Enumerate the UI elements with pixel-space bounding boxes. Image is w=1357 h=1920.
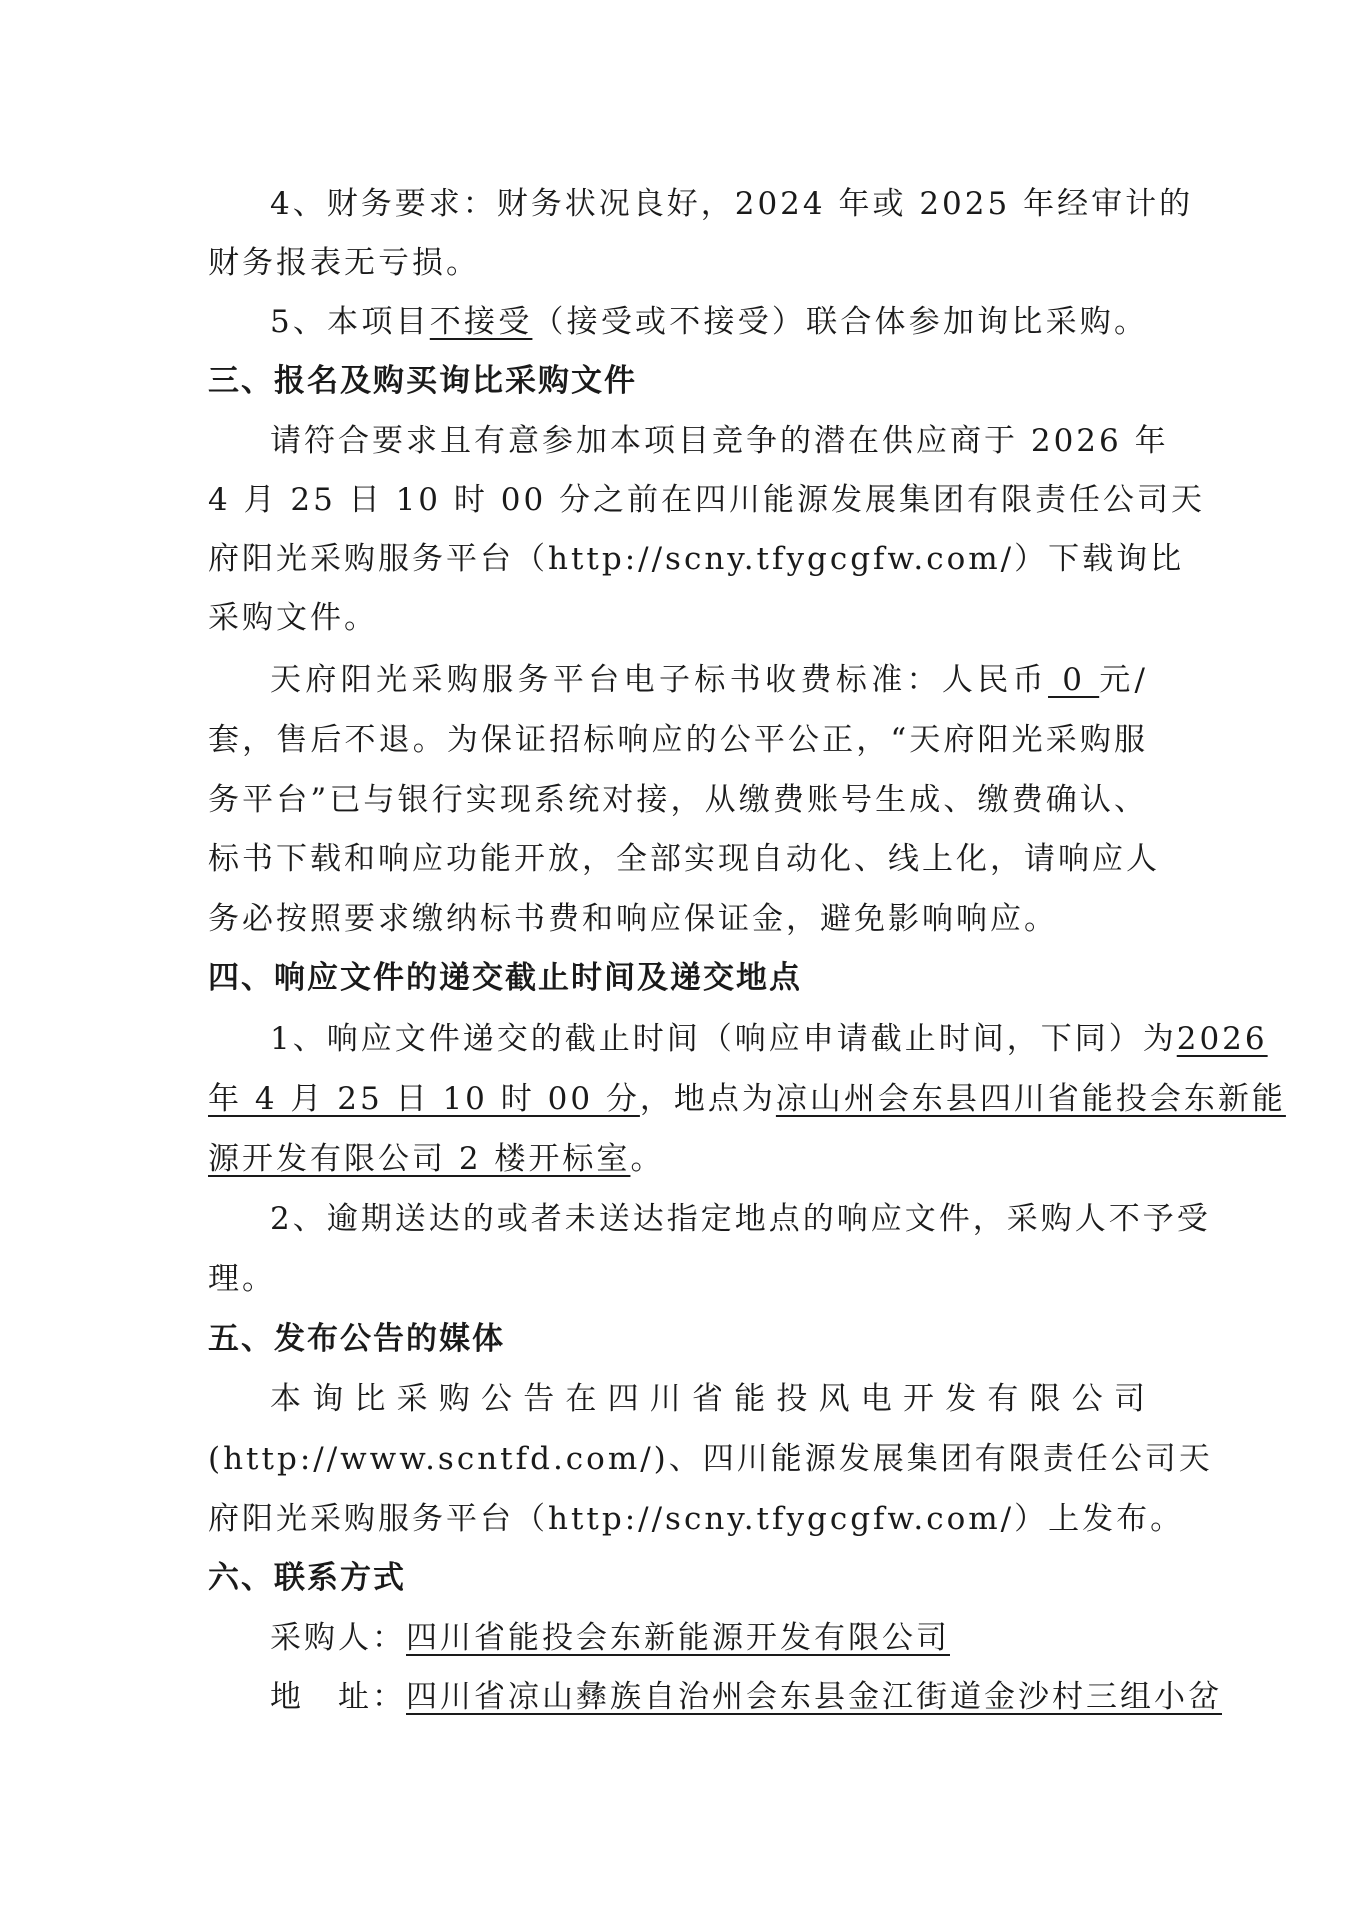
paragraph-line: 务必按照要求缴纳标书费和响应保证金，避免影响响应。 <box>208 895 1148 943</box>
section-heading: 六、联系方式 <box>208 1554 1148 1602</box>
text-run: 财务报表无亏损。 <box>208 245 480 281</box>
paragraph-line: 源开发有限公司 2 楼开标室。 <box>208 1135 1148 1183</box>
text-run: ，地点为 <box>640 1081 776 1117</box>
paragraph-line: 5、本项目不接受（接受或不接受）联合体参加询比采购。 <box>270 298 1148 346</box>
text-run: 采购人： <box>270 1620 406 1656</box>
underlined-field: 2026 <box>1177 1021 1268 1057</box>
text-run: 采购文件。 <box>208 600 378 636</box>
text-run: 地 址： <box>270 1679 406 1715</box>
paragraph-line: 年 4 月 25 日 10 时 00 分，地点为凉山州会东县四川省能投会东新能 <box>208 1075 1148 1123</box>
paragraph-line: 地 址：四川省凉山彝族自治州会东县金江街道金沙村三组小岔 <box>270 1673 1148 1721</box>
paragraph-line: (http://www.scntfd.com/)、四川能源发展集团有限责任公司天 <box>208 1435 1148 1483</box>
text-run: 请符合要求且有意参加本项目竞争的潜在供应商于 2026 年 <box>270 423 1169 459</box>
paragraph-line: 天府阳光采购服务平台电子标书收费标准：人民币 0 元/ <box>270 656 1148 704</box>
text-run: （接受或不接受）联合体参加询比采购。 <box>532 304 1148 340</box>
paragraph-line: 府阳光采购服务平台（http://scny.tfygcgfw.com/）上发布。 <box>208 1495 1148 1543</box>
text-run: 。 <box>630 1141 664 1177</box>
text-run: 理。 <box>208 1261 276 1297</box>
paragraph-line: 财务报表无亏损。 <box>208 239 1148 287</box>
text-run: 天府阳光采购服务平台电子标书收费标准：人民币 <box>270 662 1048 698</box>
paragraph-line: 理。 <box>208 1255 1148 1303</box>
text-run: 标书下载和响应功能开放，全部实现自动化、线上化，请响应人 <box>208 841 1160 877</box>
text-run: 六、联系方式 <box>208 1560 406 1596</box>
underlined-field: 四川省凉山彝族自治州会东县金江街道金沙村三组小岔 <box>406 1679 1222 1715</box>
text-run: 务必按照要求缴纳标书费和响应保证金，避免影响响应。 <box>208 901 1058 937</box>
text-run: 府阳光采购服务平台（http://scny.tfygcgfw.com/）下载询比 <box>208 541 1184 577</box>
text-run: 府阳光采购服务平台（http://scny.tfygcgfw.com/）上发布。 <box>208 1501 1184 1537</box>
paragraph-line: 务平台”已与银行实现系统对接，从缴费账号生成、缴费确认、 <box>208 776 1148 824</box>
paragraph-line: 标书下载和响应功能开放，全部实现自动化、线上化，请响应人 <box>208 835 1148 883</box>
text-run: 五、发布公告的媒体 <box>208 1321 505 1357</box>
paragraph-line: 套，售后不退。为保证招标响应的公平公正，“天府阳光采购服 <box>208 716 1148 764</box>
section-heading: 四、响应文件的递交截止时间及递交地点 <box>208 954 1148 1002</box>
underlined-field: 源开发有限公司 2 楼开标室 <box>208 1141 630 1177</box>
text-run: 四、响应文件的递交截止时间及递交地点 <box>208 960 802 996</box>
paragraph-line: 1、响应文件递交的截止时间（响应申请截止时间，下同）为2026 <box>270 1015 1148 1063</box>
text-run: 4、财务要求：财务状况良好，2024 年或 2025 年经审计的 <box>270 186 1193 222</box>
paragraph-line: 本询比采购公告在四川省能投风电开发有限公司 <box>270 1375 1148 1423</box>
paragraph-line: 2、逾期送达的或者未送达指定地点的响应文件，采购人不予受 <box>270 1195 1148 1243</box>
paragraph-line: 4、财务要求：财务状况良好，2024 年或 2025 年经审计的 <box>270 180 1148 228</box>
underlined-field: 年 4 月 25 日 10 时 00 分 <box>208 1081 640 1117</box>
text-run: 1、响应文件递交的截止时间（响应申请截止时间，下同）为 <box>270 1021 1177 1057</box>
text-run: 套，售后不退。为保证招标响应的公平公正，“天府阳光采购服 <box>208 722 1148 758</box>
text-run: 5、本项目 <box>270 304 430 340</box>
paragraph-line: 府阳光采购服务平台（http://scny.tfygcgfw.com/）下载询比 <box>208 535 1148 583</box>
paragraph-line: 采购文件。 <box>208 594 1148 642</box>
section-heading: 三、报名及购买询比采购文件 <box>208 357 1148 405</box>
underlined-field: 凉山州会东县四川省能投会东新能 <box>776 1081 1286 1117</box>
section-heading: 五、发布公告的媒体 <box>208 1315 1148 1363</box>
text-run: 元/ <box>1099 662 1148 698</box>
paragraph-line: 请符合要求且有意参加本项目竞争的潜在供应商于 2026 年 <box>270 417 1148 465</box>
underlined-field: 0 <box>1048 662 1099 698</box>
text-run: (http://www.scntfd.com/)、四川能源发展集团有限责任公司天 <box>208 1441 1213 1477</box>
text-run: 2、逾期送达的或者未送达指定地点的响应文件，采购人不予受 <box>270 1201 1211 1237</box>
text-run: 务平台”已与银行实现系统对接，从缴费账号生成、缴费确认、 <box>208 782 1148 818</box>
text-run: 4 月 25 日 10 时 00 分之前在四川能源发展集团有限责任公司天 <box>208 482 1205 518</box>
paragraph-line: 采购人：四川省能投会东新能源开发有限公司 <box>270 1614 1148 1662</box>
paragraph-line: 4 月 25 日 10 时 00 分之前在四川能源发展集团有限责任公司天 <box>208 476 1148 524</box>
underlined-field: 四川省能投会东新能源开发有限公司 <box>406 1620 950 1656</box>
text-run: 本询比采购公告在四川省能投风电开发有限公司 <box>270 1381 1148 1417</box>
underlined-field: 不接受 <box>430 304 533 340</box>
text-run: 三、报名及购买询比采购文件 <box>208 363 637 399</box>
